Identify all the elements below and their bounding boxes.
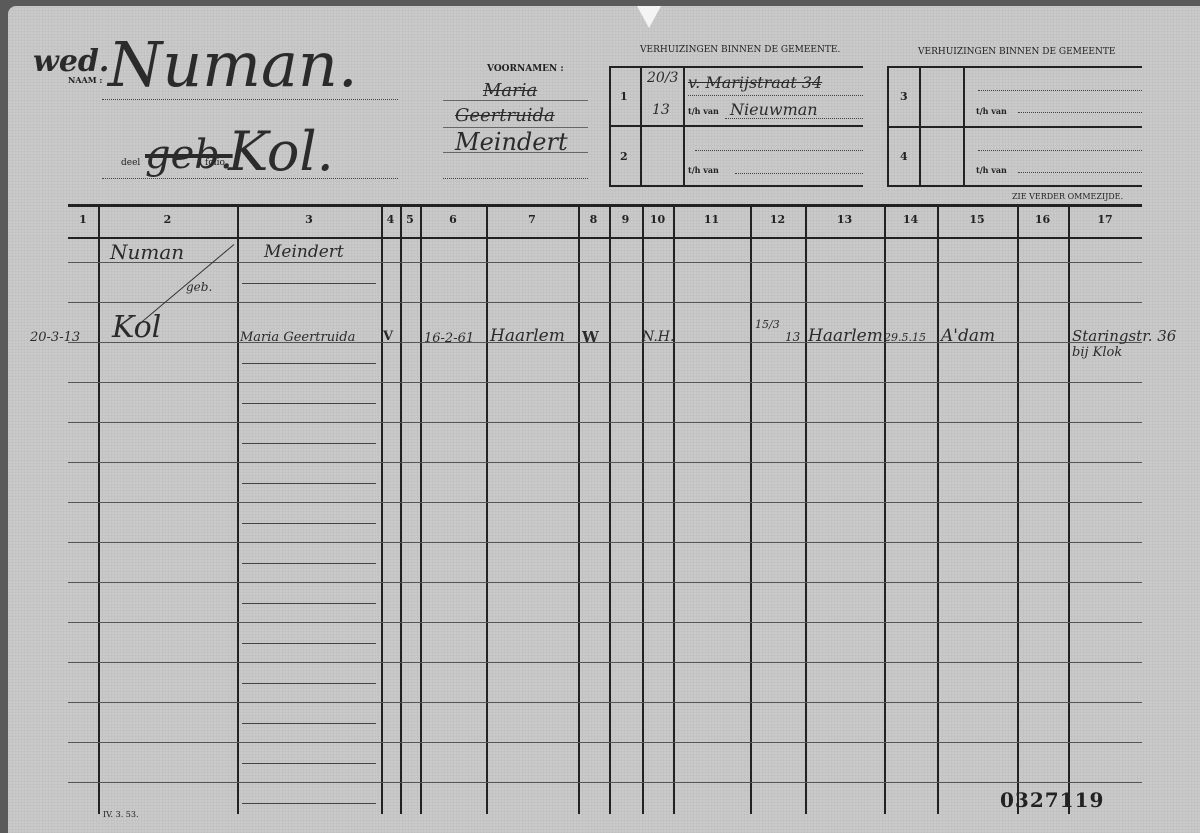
col3-subline [242,603,376,604]
entry-first-name-2: Maria Geertruida [240,330,355,345]
row-line [68,662,1142,663]
entry-arrival-from: Haarlem [808,326,883,346]
col-header-1: 1 [68,213,98,226]
entry-address-line-1: Staringstr. 36 [1072,327,1176,345]
col-divider [98,204,100,814]
row-line [68,302,1142,303]
voornamen-line [443,152,588,153]
entry-arrival-date-year: 13 [785,330,800,344]
moves-left-title: VERHUIZINGEN BINNEN DE GEMEENTE. [640,45,840,55]
col-header-8: 8 [578,213,609,226]
col-divider [884,204,886,814]
entry-marital-status: W [582,328,599,346]
col3-subline [242,523,376,524]
entry-sex: V [383,329,393,344]
row-line [68,742,1142,743]
moves-right-top [887,66,1142,68]
move-1-date-2: 13 [652,102,670,118]
row-line [68,422,1142,423]
move-line [735,173,863,174]
move-2-th-label: t/h van [688,165,719,175]
col-header-10: 10 [642,213,673,226]
moves-right-bottom [887,185,1142,187]
row-line [68,582,1142,583]
entry-birth-date: 16-2-61 [424,331,474,346]
entry-arrival-date-top: 15/3 [755,318,780,331]
move-1-address: v. Marijstraat 34 [688,73,822,92]
serial-number: 0327119 [1000,788,1104,812]
col3-subline [242,643,376,644]
col-header-2: 2 [98,213,237,226]
col-header-17: 17 [1068,213,1142,226]
col-header-4: 4 [381,213,400,226]
entry-religion: N.H. [642,329,674,345]
voornaam-1: Maria [483,80,537,101]
naam-dotted-line [102,99,398,100]
move-2-number: 2 [620,150,628,163]
folio-label: folio [205,158,225,168]
col-divider [578,204,580,814]
naam-label: NAAM : [68,75,102,85]
move-4-th-label: t/h van [976,165,1007,175]
entry-departure-date: 29.5.15 [884,331,926,344]
move-line [1018,112,1142,113]
col-divider [642,204,644,814]
entry-address-line-2: bij Klok [1072,345,1122,360]
row-line [68,542,1142,543]
col-divider [400,204,402,814]
entry-first-name-1: Meindert [264,242,344,262]
move-1-th-label: t/h van [688,106,719,116]
col-header-7: 7 [486,213,578,226]
row-line [68,702,1142,703]
col3-subline [242,803,376,804]
entry-geb: geb. [186,280,212,294]
folio-value: Kol. [228,120,334,183]
col-header-3: 3 [237,213,381,226]
zie-verder-note: ZIE VERDER OMMEZIJDE. [1012,192,1123,201]
table-header-border [68,237,1142,239]
col-divider [237,204,239,814]
table-top-border [68,204,1142,207]
col-divider [750,204,752,814]
move-3-number: 3 [900,90,908,103]
card-notch [637,6,661,28]
move-1-number: 1 [620,90,628,103]
moves-right-mid [887,126,1142,128]
move-line [688,95,863,96]
move-line [978,90,1142,91]
deel-value: geb. [145,132,233,178]
col-header-11: 11 [673,213,750,226]
move-1-date-1: 20/3 [647,70,678,86]
voornaam-2: Geertruida [455,105,555,126]
col-header-16: 16 [1017,213,1068,226]
col-header-6: 6 [420,213,486,226]
col3-subline [242,283,376,284]
col3-subline [242,363,376,364]
voornamen-line [443,178,588,179]
entry-date-registered: 20-3-13 [30,330,80,345]
col-header-15: 15 [937,213,1017,226]
entry-birth-place: Haarlem [490,326,565,346]
row-line [68,622,1142,623]
col-header-9: 9 [609,213,642,226]
move-line [695,150,863,151]
col-header-12: 12 [750,213,805,226]
col3-subline [242,483,376,484]
deel-label: deel [121,158,140,168]
col-divider [805,204,807,814]
move-3-th-label: t/h van [976,106,1007,116]
row-line [68,262,1142,263]
col-divider [1068,204,1070,814]
move-line [978,150,1142,151]
col3-subline [242,683,376,684]
prefix-wed: wed. [33,44,109,79]
entry-maiden-name: Kol [112,310,161,345]
voornamen-label: VOORNAMEN : [487,64,564,74]
deel-dotted-line [102,178,398,179]
naam-value: Numan. [108,28,358,101]
col3-subline [242,763,376,764]
registration-card [8,6,1200,833]
row-line [68,782,1142,783]
entry-surname: Numan [110,240,184,264]
moves-right-title: VERHUIZINGEN BINNEN DE GEMEENTE [918,47,1115,57]
move-line [725,118,863,119]
col-header-14: 14 [884,213,937,226]
col-divider [420,204,422,814]
col-divider [609,204,611,814]
col-header-13: 13 [805,213,884,226]
col-divider [381,204,383,814]
col3-subline [242,443,376,444]
row-line [68,462,1142,463]
col-divider [486,204,488,814]
move-1-th-value: Nieuwman [730,100,818,119]
col-divider [673,204,675,814]
col3-subline [242,403,376,404]
move-line [1018,172,1142,173]
row-line [68,382,1142,383]
voornamen-line [443,100,588,101]
form-code: IV. 3. 53. [103,810,139,819]
col3-subline [242,563,376,564]
col-divider [937,204,939,814]
moves-left-top [609,66,863,68]
move-4-number: 4 [900,150,908,163]
col-divider [1017,204,1019,814]
col-header-5: 5 [400,213,420,226]
moves-left-mid [609,125,863,127]
moves-left-bottom [609,185,863,187]
entry-departure-to: A'dam [941,326,995,346]
row-line [68,502,1142,503]
col3-subline [242,723,376,724]
